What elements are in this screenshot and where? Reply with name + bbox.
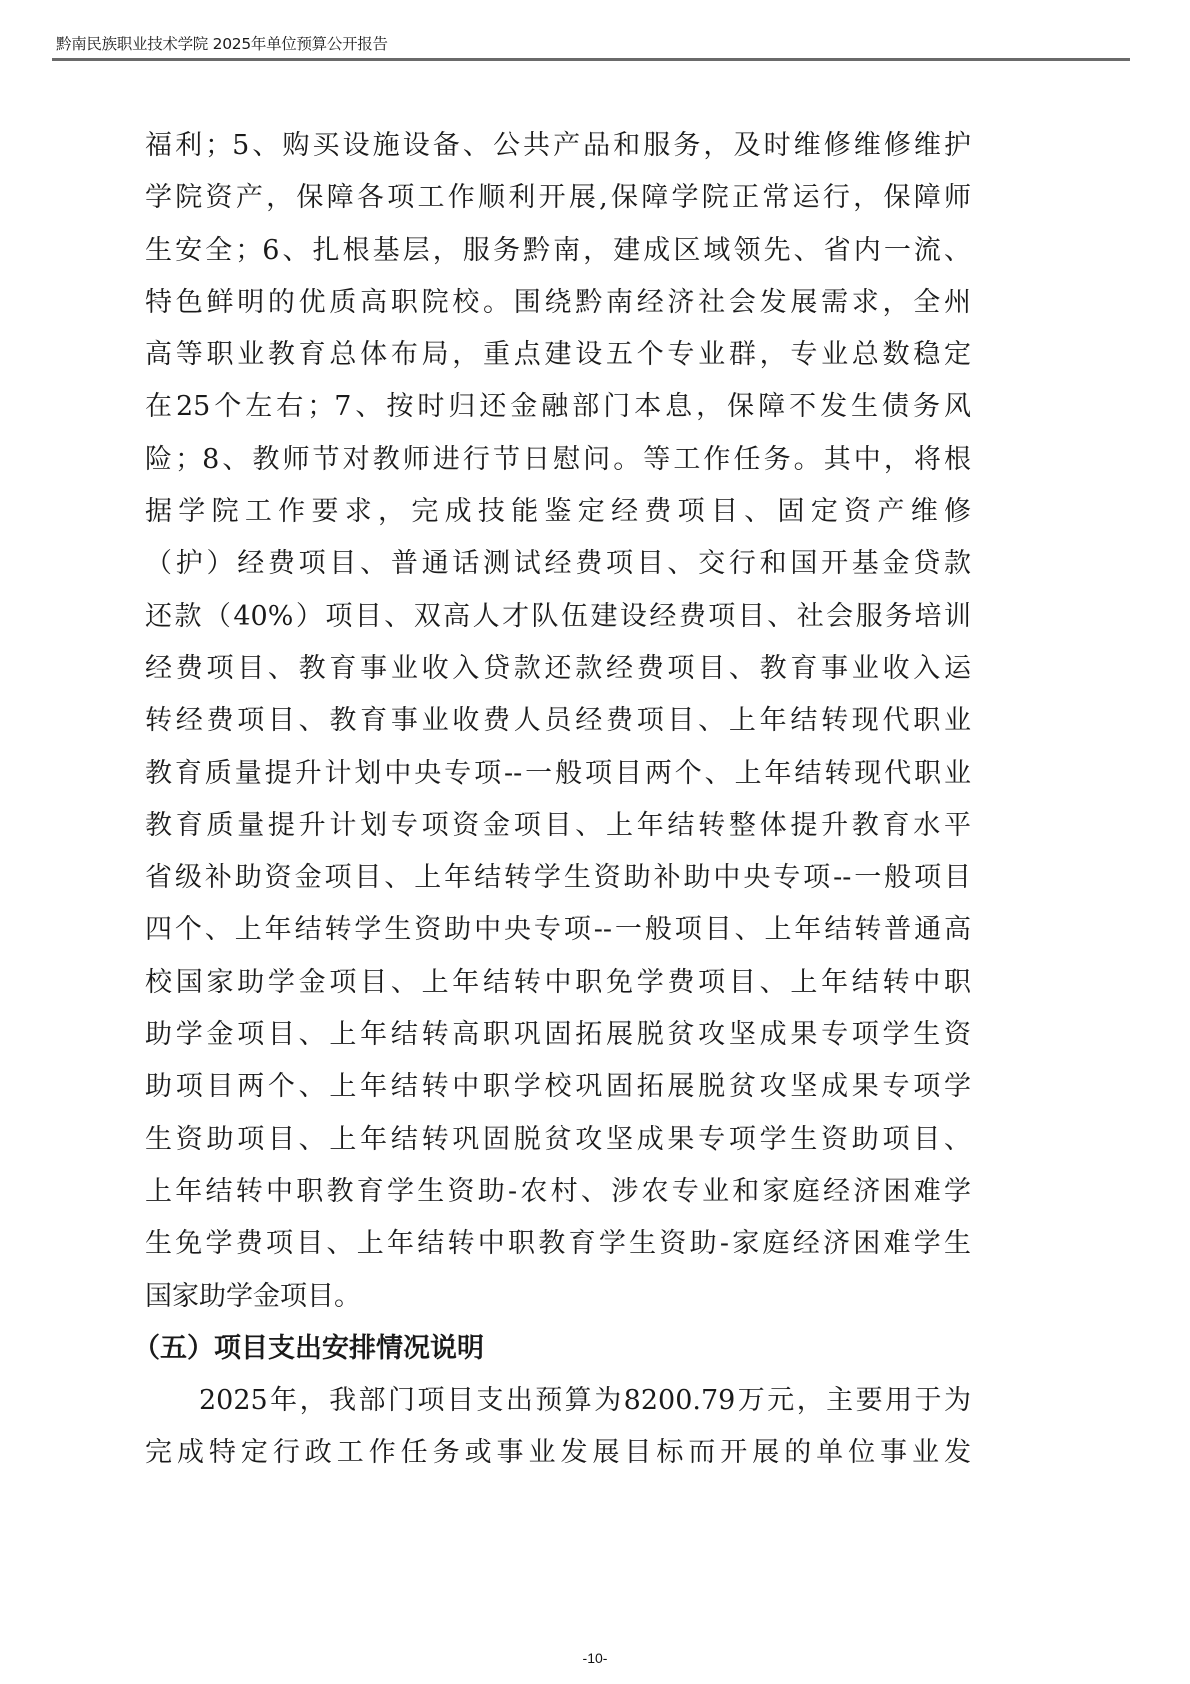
- section-heading: （五）项目支出安排情况说明: [133, 1323, 971, 1375]
- text-line: 校国家助学金项目、上年结转中职免学费项目、上年结转中职: [145, 957, 971, 1009]
- paragraph-continuation: 福利；5、购买设施设备、公共产品和服务，及时维修维修维护 学院资产，保障各项工作…: [145, 120, 971, 1323]
- header-divider: [52, 58, 1130, 61]
- text-line: 经费项目、教育事业收入贷款还款经费项目、教育事业收入运: [145, 643, 971, 695]
- text-line: 教育质量提升计划专项资金项目、上年结转整体提升教育水平: [145, 800, 971, 852]
- text-line: 完成特定行政工作任务或事业发展目标而开展的单位事业发: [145, 1427, 971, 1479]
- text-line: 生免学费项目、上年结转中职教育学生资助-家庭经济困难学生: [145, 1218, 971, 1270]
- text-line: 国家助学金项目。: [145, 1271, 971, 1323]
- page-number: -10-: [0, 1650, 1190, 1666]
- text-line: 高等职业教育总体布局，重点建设五个专业群，专业总数稳定: [145, 329, 971, 381]
- text-line: （护）经费项目、普通话测试经费项目、交行和国开基金贷款: [145, 538, 971, 590]
- text-line: 特色鲜明的优质高职院校。围绕黔南经济社会发展需求，全州: [145, 277, 971, 329]
- text-line: 在25个左右；7、按时归还金融部门本息，保障不发生债务风: [145, 381, 971, 433]
- text-line: 省级补助资金项目、上年结转学生资助补助中央专项--一般项目: [145, 852, 971, 904]
- text-line: 转经费项目、教育事业收费人员经费项目、上年结转现代职业: [145, 695, 971, 747]
- text-line: 2025年，我部门项目支出预算为8200.79万元，主要用于为: [145, 1375, 971, 1427]
- text-line: 据学院工作要求，完成技能鉴定经费项目、固定资产维修: [145, 486, 971, 538]
- document-header-title: 黔南民族职业技术学院 2025年单位预算公开报告: [56, 32, 388, 54]
- text-line: 上年结转中职教育学生资助-农村、涉农专业和家庭经济困难学: [145, 1166, 971, 1218]
- text-line: 险；8、教师节对教师进行节日慰问。等工作任务。其中，将根: [145, 434, 971, 486]
- paragraph-project-expenditure: 2025年，我部门项目支出预算为8200.79万元，主要用于为 完成特定行政工作…: [145, 1375, 971, 1480]
- text-line: 四个、上年结转学生资助中央专项--一般项目、上年结转普通高: [145, 904, 971, 956]
- text-line: 还款（40%）项目、双高人才队伍建设经费项目、社会服务培训: [145, 591, 971, 643]
- text-line: 教育质量提升计划中央专项--一般项目两个、上年结转现代职业: [145, 748, 971, 800]
- text-line: 助学金项目、上年结转高职巩固拓展脱贫攻坚成果专项学生资: [145, 1009, 971, 1061]
- text-line: 助项目两个、上年结转中职学校巩固拓展脱贫攻坚成果专项学: [145, 1061, 971, 1113]
- text-line: 福利；5、购买设施设备、公共产品和服务，及时维修维修维护: [145, 120, 971, 172]
- text-line: 学院资产，保障各项工作顺利开展,保障学院正常运行，保障师: [145, 172, 971, 224]
- text-line: 生安全；6、扎根基层，服务黔南，建成区域领先、省内一流、: [145, 225, 971, 277]
- text-line: 生资助项目、上年结转巩固脱贫攻坚成果专项学生资助项目、: [145, 1114, 971, 1166]
- document-body: 福利；5、购买设施设备、公共产品和服务，及时维修维修维护 学院资产，保障各项工作…: [145, 120, 971, 1480]
